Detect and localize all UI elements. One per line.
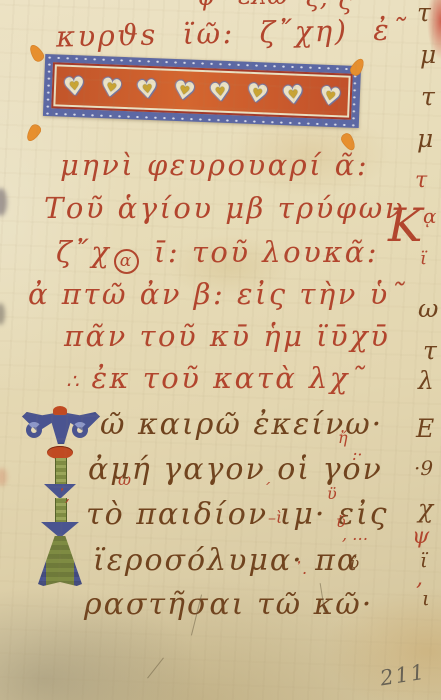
rubric-line-feast-2: πᾶν τοῦ κῡ ἡμ ϊῡχῡ [64, 319, 390, 353]
edge-letter-fragment: ᾳ [423, 206, 437, 226]
edge-letter-fragment: τ [417, 0, 431, 25]
edge-letter-fragment: μ [417, 126, 433, 151]
rubric-line-month: μηνὶ φευρουαρί ᾶ: [60, 148, 369, 182]
edge-letter-fragment: ·9 [414, 458, 433, 478]
clipped-letter-fragment: ψ [196, 0, 216, 9]
heart-motif-gold-leaf: ♥ [251, 86, 264, 100]
heart-motif: ♥♥ [208, 78, 232, 105]
edge-letter-fragment: ψ [412, 526, 429, 548]
heart-motif-gold-leaf: ♥ [105, 80, 118, 94]
heart-motif: ♥♥ [135, 76, 159, 103]
accent-mark: ᾽. [294, 561, 307, 577]
edge-letter-fragment: ϊ [420, 250, 427, 268]
accent-mark: ϋ [327, 486, 337, 502]
accent-mark: ὐ [350, 556, 359, 571]
pencil-folio-number: 211 [378, 660, 427, 691]
initial-flared-base [38, 536, 82, 586]
headpiece-field: ♥♥♥♥♥♥♥♥♥♥♥♥♥♥♥♥ [55, 66, 348, 115]
heart-motif: ♥♥ [243, 79, 269, 108]
heart-motif-gold-leaf: ♥ [214, 85, 226, 98]
initial-blue-flange-2 [41, 522, 79, 538]
accent-mark: ω [118, 472, 131, 488]
accent-mark: :· [352, 447, 362, 463]
initial-curl-right [72, 422, 88, 438]
heart-motif-gold-leaf: ♥ [142, 82, 154, 95]
gospel-line-5: ραστῆσαι τῶ κῶ· [84, 587, 373, 622]
heart-motif: ♥♥ [62, 73, 86, 100]
edge-letter-fragment: χ [418, 496, 433, 521]
clipped-letter-fragment: ξ, [306, 0, 328, 10]
rubric-line-lection-pre: ζ῎χ [56, 235, 111, 269]
edge-letter-fragment: Ε [416, 416, 434, 441]
edge-letter-fragment: ω [418, 296, 438, 321]
initial-red-tip [53, 406, 67, 415]
parchment-crack-3 [147, 657, 164, 678]
manuscript-photo: ψελωξ,ς κυρϑs ϊῶ: ζ῎χη) ἐ῀ ♥♥♥♥♥♥♥♥♥♥♥♥♥… [0, 0, 441, 700]
initial-stem-segment [55, 458, 67, 486]
accent-mark: ᾽, [57, 488, 70, 504]
edge-stain [0, 468, 7, 486]
heart-motif-gold-leaf: ♥ [69, 79, 81, 92]
heart-motif-gold-leaf: ♥ [324, 89, 337, 103]
initial-curl-left [26, 422, 42, 438]
rubric-line-feast-1: ἀ πτῶ ἀν β: εἰς τὴν ὑ῀ [28, 277, 407, 311]
accent-mark: ἤ [338, 430, 348, 446]
heart-motif-gold-leaf: ♥ [287, 88, 299, 101]
gospel-line-4: ϊεροσόλυμα· πα [93, 543, 359, 578]
accent-mark: , … [342, 527, 368, 543]
heart-motif-gold-leaf: ♥ [178, 83, 191, 97]
edge-smudge-2 [0, 303, 5, 325]
accent-mark: –ὶ [268, 510, 282, 526]
edge-letter-fragment: Κ [388, 202, 422, 248]
circled-alpha: α [114, 249, 139, 274]
accent-mark: ´ [262, 482, 270, 498]
edge-letter-fragment: μ [420, 42, 436, 67]
edge-letter-fragment: λ [418, 368, 434, 393]
headpiece-frame: ♥♥♥♥♥♥♥♥♥♥♥♥♥♥♥♥ [51, 62, 353, 119]
finial-top-left [27, 42, 46, 63]
heart-motif: ♥♥ [171, 76, 197, 105]
gospel-line-2: ἀμή γαγον οἱ γον [88, 452, 383, 487]
heart-motif: ♥♥ [316, 82, 342, 111]
edge-letter-fragment: τ [421, 84, 435, 109]
rubric-line-lection: ζ῎χα ῑ: τοῦ λουκᾶ: [56, 235, 379, 274]
rubric-invocation-line: κυρϑs ϊῶ: ζ῎χη) ἐ῀ [56, 12, 409, 53]
rubric-line-source-text: ἐκ τοῦ κατὰ λχ῀ [91, 361, 367, 395]
edge-letter-fragment: τ [423, 338, 437, 363]
finial-bottom-left [24, 122, 43, 143]
clipped-letter-fragment: ελω [238, 0, 288, 8]
heart-motif: ♥♥ [98, 73, 124, 102]
headpiece-band: ♥♥♥♥♥♥♥♥♥♥♥♥♥♥♥♥ [43, 54, 361, 128]
rubric-line-saint: Τοῦ ἁγίου μβ τρύφων [44, 191, 405, 225]
edge-letter-fragment: τ [415, 170, 427, 192]
quatrefoil-mark: ∴ [66, 369, 80, 393]
rubric-line-lection-post: ῑ: τοῦ λουκᾶ: [142, 235, 379, 269]
heart-motif: ♥♥ [281, 81, 305, 108]
edge-smudge [0, 188, 7, 216]
rubric-line-source: ∴ ἐκ τοῦ κατὰ λχ῀ [66, 361, 367, 395]
clipped-letter-fragment: ς [338, 0, 352, 13]
edge-letter-fragment: ι [422, 588, 430, 608]
